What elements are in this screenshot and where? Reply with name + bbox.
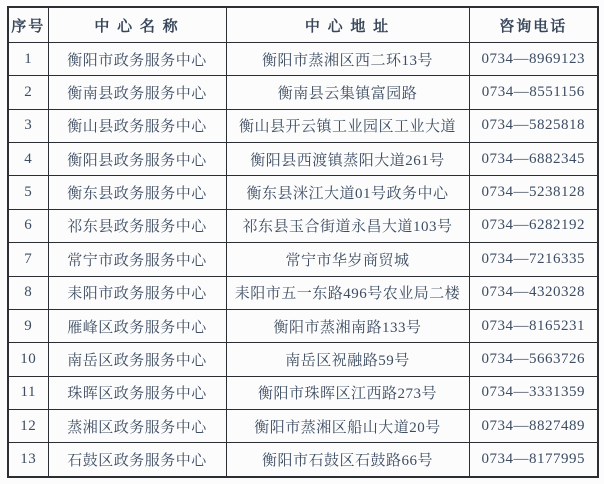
cell-center-name: 衡东县政务服务中心 [48,176,226,209]
cell-center-address: 耒阳市五一东路496号农业局二楼 [226,276,469,309]
cell-serial-number: 12 [8,409,48,442]
table-row: 4衡阳县政务服务中心衡阳县西渡镇蒸阳大道261号0734—6882345 [8,143,598,176]
cell-center-name: 石鼓区政务服务中心 [48,443,226,477]
cell-consult-phone: 0734—3331359 [469,376,598,409]
cell-center-address: 衡阳市石鼓区石鼓路66号 [226,443,469,477]
cell-consult-phone: 0734—8969123 [469,43,598,76]
table-row: 8耒阳市政务服务中心耒阳市五一东路496号农业局二楼0734—4320328 [8,276,598,309]
cell-serial-number: 1 [8,43,48,76]
cell-consult-phone: 0734—4320328 [469,276,598,309]
header-serial-number: 序号 [8,7,48,43]
table-row: 7常宁市政务服务中心常宁市华岁商贸城0734—7216335 [8,243,598,276]
cell-serial-number: 6 [8,209,48,242]
table-row: 3衡山县政务服务中心衡山县开云镇工业园区工业大道0734—5825818 [8,109,598,142]
cell-serial-number: 9 [8,309,48,342]
cell-consult-phone: 0734—7216335 [469,243,598,276]
cell-center-name: 耒阳市政务服务中心 [48,276,226,309]
cell-serial-number: 4 [8,143,48,176]
cell-center-address: 衡阳市珠晖区江西路273号 [226,376,469,409]
cell-serial-number: 10 [8,343,48,376]
cell-center-address: 衡南县云集镇富园路 [226,76,469,109]
cell-serial-number: 3 [8,109,48,142]
table-row: 10南岳区政务服务中心南岳区祝融路59号0734—5663726 [8,343,598,376]
cell-consult-phone: 0734—6282192 [469,209,598,242]
cell-consult-phone: 0734—5238128 [469,176,598,209]
table-row: 1衡阳市政务服务中心衡阳市蒸湘区西二环13号0734—8969123 [8,43,598,76]
cell-center-name: 衡阳市政务服务中心 [48,43,226,76]
cell-serial-number: 2 [8,76,48,109]
cell-center-address: 衡东县洣江大道01号政务中心 [226,176,469,209]
cell-consult-phone: 0734—8827489 [469,409,598,442]
table-row: 6祁东县政务服务中心祁东县玉合街道永昌大道103号0734—6282192 [8,209,598,242]
cell-center-address: 常宁市华岁商贸城 [226,243,469,276]
cell-center-name: 衡南县政务服务中心 [48,76,226,109]
cell-center-name: 祁东县政务服务中心 [48,209,226,242]
table-row: 12蒸湘区政务服务中心衡阳市蒸湘区船山大道20号0734—8827489 [8,409,598,442]
cell-center-name: 南岳区政务服务中心 [48,343,226,376]
service-centers-table: 序号 中 心 名 称 中 心 地 址 咨询电话 1衡阳市政务服务中心衡阳市蒸湘区… [7,6,599,478]
cell-center-name: 衡阳县政务服务中心 [48,143,226,176]
cell-serial-number: 11 [8,376,48,409]
table-row: 2衡南县政务服务中心衡南县云集镇富园路0734—8551156 [8,76,598,109]
header-consult-phone: 咨询电话 [469,7,598,43]
cell-center-name: 衡山县政务服务中心 [48,109,226,142]
cell-center-address: 祁东县玉合街道永昌大道103号 [226,209,469,242]
table-header-row: 序号 中 心 名 称 中 心 地 址 咨询电话 [8,7,598,43]
cell-center-address: 衡阳市蒸湘区船山大道20号 [226,409,469,442]
cell-serial-number: 7 [8,243,48,276]
header-center-name: 中 心 名 称 [48,7,226,43]
cell-center-name: 珠晖区政务服务中心 [48,376,226,409]
cell-center-address: 衡阳县西渡镇蒸阳大道261号 [226,143,469,176]
cell-serial-number: 5 [8,176,48,209]
cell-consult-phone: 0734—5825818 [469,109,598,142]
cell-consult-phone: 0734—8551156 [469,76,598,109]
table-row: 5衡东县政务服务中心衡东县洣江大道01号政务中心0734—5238128 [8,176,598,209]
table-body: 1衡阳市政务服务中心衡阳市蒸湘区西二环13号0734—89691232衡南县政务… [8,43,598,478]
cell-serial-number: 13 [8,443,48,477]
cell-center-name: 常宁市政务服务中心 [48,243,226,276]
cell-consult-phone: 0734—8177995 [469,443,598,477]
document-page: 序号 中 心 名 称 中 心 地 址 咨询电话 1衡阳市政务服务中心衡阳市蒸湘区… [0,0,604,484]
table-row: 9雁峰区政务服务中心衡阳市蒸湘南路133号0734—8165231 [8,309,598,342]
cell-center-address: 衡阳市蒸湘区西二环13号 [226,43,469,76]
header-center-address: 中 心 地 址 [226,7,469,43]
cell-center-name: 雁峰区政务服务中心 [48,309,226,342]
cell-center-address: 南岳区祝融路59号 [226,343,469,376]
cell-center-address: 衡阳市蒸湘南路133号 [226,309,469,342]
cell-consult-phone: 0734—5663726 [469,343,598,376]
table-row: 11珠晖区政务服务中心衡阳市珠晖区江西路273号0734—3331359 [8,376,598,409]
cell-consult-phone: 0734—8165231 [469,309,598,342]
cell-consult-phone: 0734—6882345 [469,143,598,176]
cell-serial-number: 8 [8,276,48,309]
table-row: 13石鼓区政务服务中心衡阳市石鼓区石鼓路66号0734—8177995 [8,443,598,477]
cell-center-address: 衡山县开云镇工业园区工业大道 [226,109,469,142]
cell-center-name: 蒸湘区政务服务中心 [48,409,226,442]
